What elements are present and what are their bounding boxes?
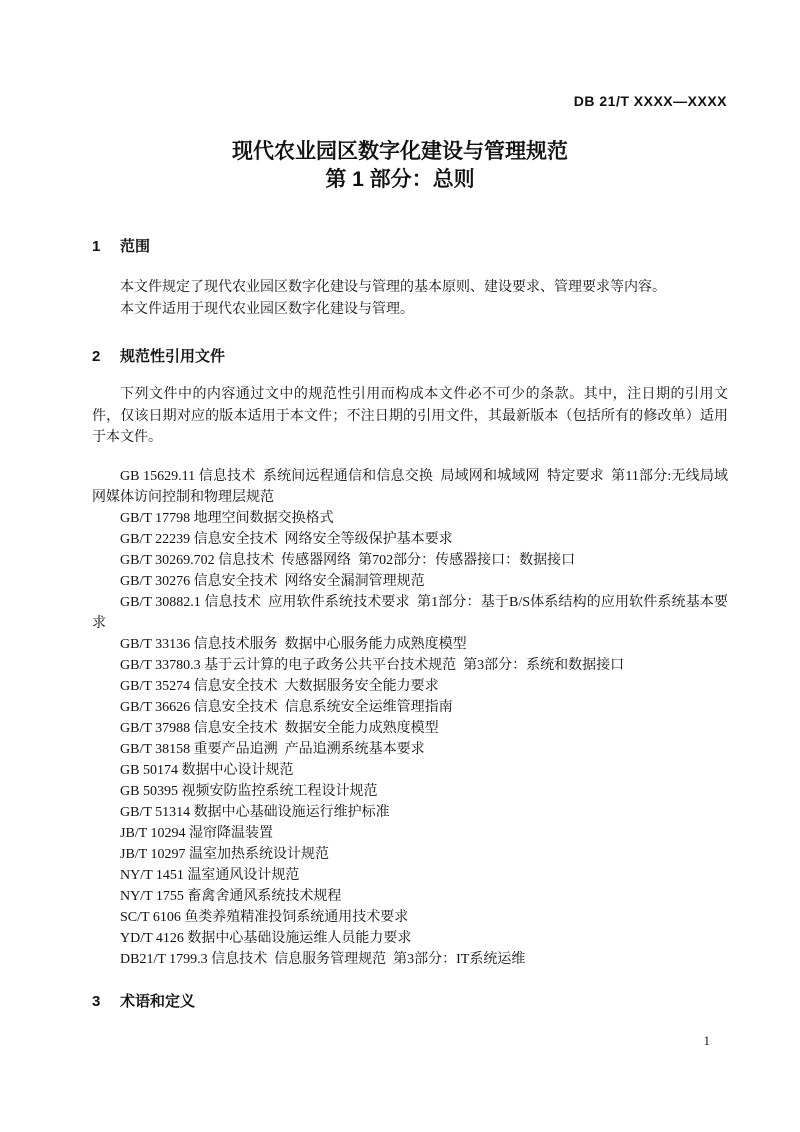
doc-subtitle: 第 1 部分：总则: [0, 166, 800, 194]
section-number: 1: [92, 236, 101, 257]
reference-item: GB/T 38158 重要产品追溯 产品追溯系统基本要求: [92, 739, 728, 760]
reference-item: JB/T 10294 湿帘降温装置: [92, 823, 728, 844]
document-body: 1范围 本文件规定了现代农业园区数字化建设与管理的基本原则、建设要求、管理要求等…: [92, 236, 728, 1012]
reference-item: GB/T 30276 信息安全技术 网络安全漏洞管理规范: [92, 571, 728, 592]
reference-item: GB/T 36626 信息安全技术 信息系统安全运维管理指南: [92, 697, 728, 718]
section-heading-normative-refs: 2规范性引用文件: [92, 346, 728, 367]
reference-item: GB/T 51314 数据中心基础设施运行维护标准: [92, 802, 728, 823]
section-number: 3: [92, 991, 101, 1012]
title-block: 现代农业园区数字化建设与管理规范 第 1 部分：总则: [0, 138, 800, 194]
section-heading-terms: 3术语和定义: [92, 991, 728, 1012]
references-list: GB 15629.11 信息技术 系统间远程通信和信息交换 局域网和城域网 特定…: [92, 466, 728, 970]
reference-item: GB/T 33136 信息技术服务 数据中心服务能力成熟度模型: [92, 634, 728, 655]
section-title: 范围: [120, 238, 150, 255]
section-number: 2: [92, 346, 101, 367]
reference-item: GB 50395 视频安防监控系统工程设计规范: [92, 781, 728, 802]
reference-item: GB/T 30269.702 信息技术 传感器网络 第702部分：传感器接口：数…: [92, 550, 728, 571]
reference-item: GB/T 22239 信息安全技术 网络安全等级保护基本要求: [92, 529, 728, 550]
reference-item: GB/T 17798 地理空间数据交换格式: [92, 508, 728, 529]
scope-paragraph: 本文件规定了现代农业园区数字化建设与管理的基本原则、建设要求、管理要求等内容。: [92, 277, 728, 299]
doc-number: DB 21/T XXXX—XXXX: [0, 94, 727, 108]
reference-item: GB/T 35274 信息安全技术 大数据服务安全能力要求: [92, 676, 728, 697]
reference-item: GB 15629.11 信息技术 系统间远程通信和信息交换 局域网和城域网 特定…: [92, 466, 728, 508]
reference-item: SC/T 6106 鱼类养殖精准投饲系统通用技术要求: [92, 907, 728, 928]
normative-refs-intro: 下列文件中的内容通过文中的规范性引用而构成本文件必不可少的条款。其中，注日期的引…: [92, 384, 728, 449]
reference-item: GB/T 37988 信息安全技术 数据安全能力成熟度模型: [92, 718, 728, 739]
reference-item: DB21/T 1799.3 信息技术 信息服务管理规范 第3部分：IT系统运维: [92, 949, 728, 970]
doc-title: 现代农业园区数字化建设与管理规范: [0, 138, 800, 166]
section-title: 规范性引用文件: [120, 348, 225, 365]
section-title: 术语和定义: [120, 993, 195, 1010]
reference-item: GB/T 33780.3 基于云计算的电子政务公共平台技术规范 第3部分：系统和…: [92, 655, 728, 676]
reference-item: GB/T 30882.1 信息技术 应用软件系统技术要求 第1部分：基于B/S体…: [92, 592, 728, 634]
document-page: DB 21/T XXXX—XXXX 现代农业园区数字化建设与管理规范 第 1 部…: [0, 0, 800, 1132]
reference-item: GB 50174 数据中心设计规范: [92, 760, 728, 781]
scope-paragraph: 本文件适用于现代农业园区数字化建设与管理。: [92, 299, 728, 321]
reference-item: YD/T 4126 数据中心基础设施运维人员能力要求: [92, 928, 728, 949]
reference-item: JB/T 10297 温室加热系统设计规范: [92, 844, 728, 865]
page-number: 1: [704, 1034, 711, 1047]
section-heading-scope: 1范围: [92, 236, 728, 257]
reference-item: NY/T 1451 温室通风设计规范: [92, 865, 728, 886]
reference-item: NY/T 1755 畜禽舍通风系统技术规程: [92, 886, 728, 907]
